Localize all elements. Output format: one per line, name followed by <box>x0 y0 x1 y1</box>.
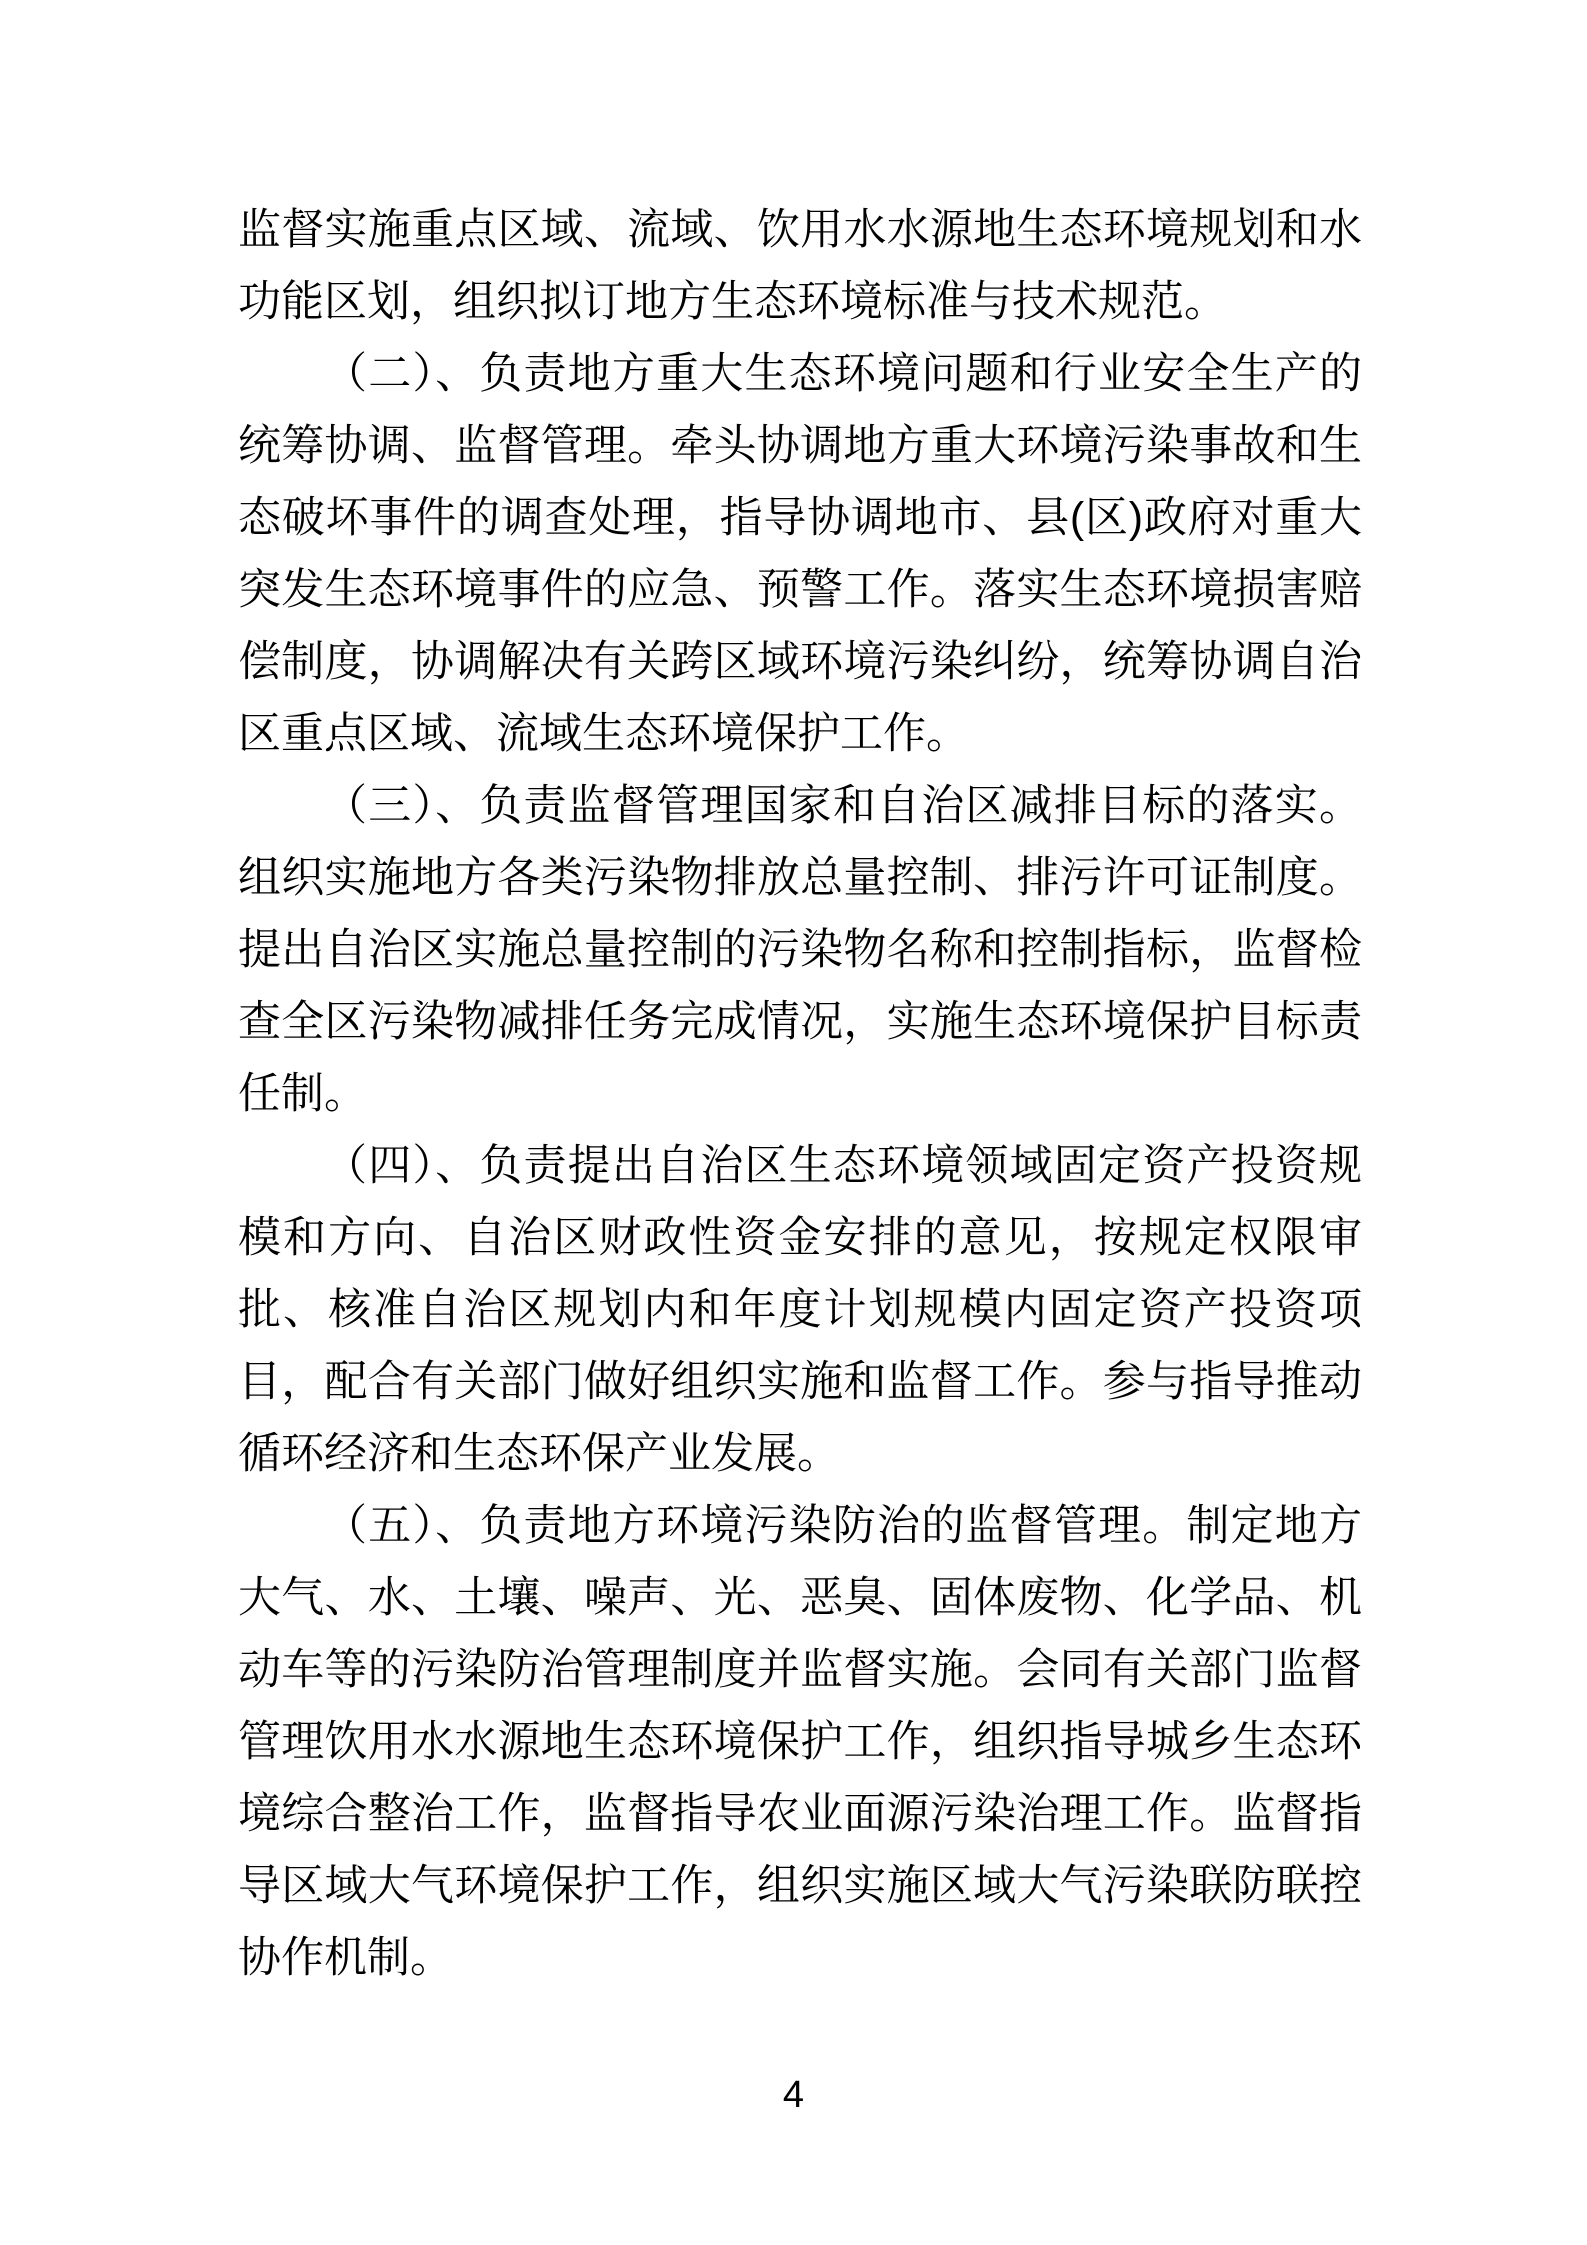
document-page: 监督实施重点区域、流域、饮用水水源地生态环境规划和水功能区划，组织拟订地方生态环… <box>0 0 1587 2245</box>
paragraph: 监督实施重点区域、流域、饮用水水源地生态环境规划和水功能区划，组织拟订地方生态环… <box>238 194 1362 338</box>
paragraph: （三）、负责监督管理国家和自治区减排目标的落实。组织实施地方各类污染物排放总量控… <box>238 770 1362 1130</box>
paragraph: （五）、负责地方环境污染防治的监督管理。制定地方大气、水、土壤、噪声、光、恶臭、… <box>238 1490 1362 1994</box>
document-body: 监督实施重点区域、流域、饮用水水源地生态环境规划和水功能区划，组织拟订地方生态环… <box>238 194 1362 1994</box>
page-footer: 4 <box>0 2072 1587 2118</box>
paragraph: （二）、负责地方重大生态环境问题和行业安全生产的统筹协调、监督管理。牵头协调地方… <box>238 338 1362 770</box>
page-number: 4 <box>783 2074 804 2116</box>
paragraph: （四）、负责提出自治区生态环境领域固定资产投资规模和方向、自治区财政性资金安排的… <box>238 1130 1362 1490</box>
